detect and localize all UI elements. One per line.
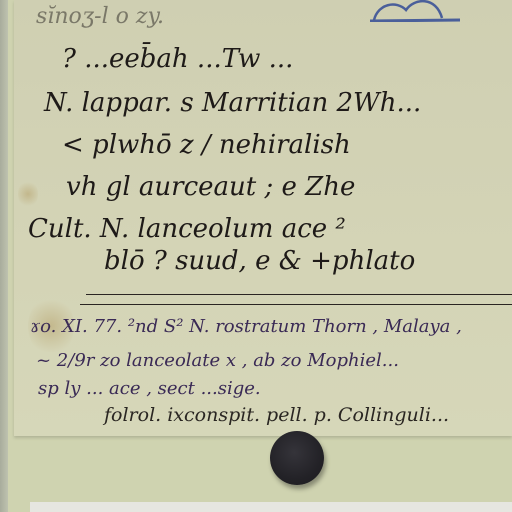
text-line: Cult. N. lanceolum ace ² <box>28 214 346 244</box>
text-line: ? ...eeb̄ah ...Tw ... <box>62 44 293 74</box>
text-line: vh gl aurceaut ; e Zhe <box>66 172 355 202</box>
pencil-header: sĭnoʒ-l o zy. <box>36 4 164 29</box>
text-line: ~ 2/9r zo lanceolate x , ab zo Mophiel..… <box>36 350 399 371</box>
divider-rule <box>80 304 512 305</box>
pin-head <box>270 431 324 485</box>
divider-rule <box>86 294 512 295</box>
text-line: sp ly ... ace , sect ...sige. <box>38 378 261 399</box>
text-line: folrol. ixconspit. pell. p. Collinguli..… <box>104 404 449 426</box>
text-line: < plwhō̄ z / nehiralish <box>62 130 351 160</box>
text-line: blō ? suud, e & +phlato <box>104 246 415 276</box>
blue-crayon-mark <box>370 0 460 22</box>
text-line: N. lappar. s Marritian 2Wh... <box>44 88 421 118</box>
stain <box>18 180 38 208</box>
text-line: ɤo. XI. 77. ²nd S² N. rostratum Thorn , … <box>30 316 462 337</box>
bottom-card <box>30 502 512 512</box>
